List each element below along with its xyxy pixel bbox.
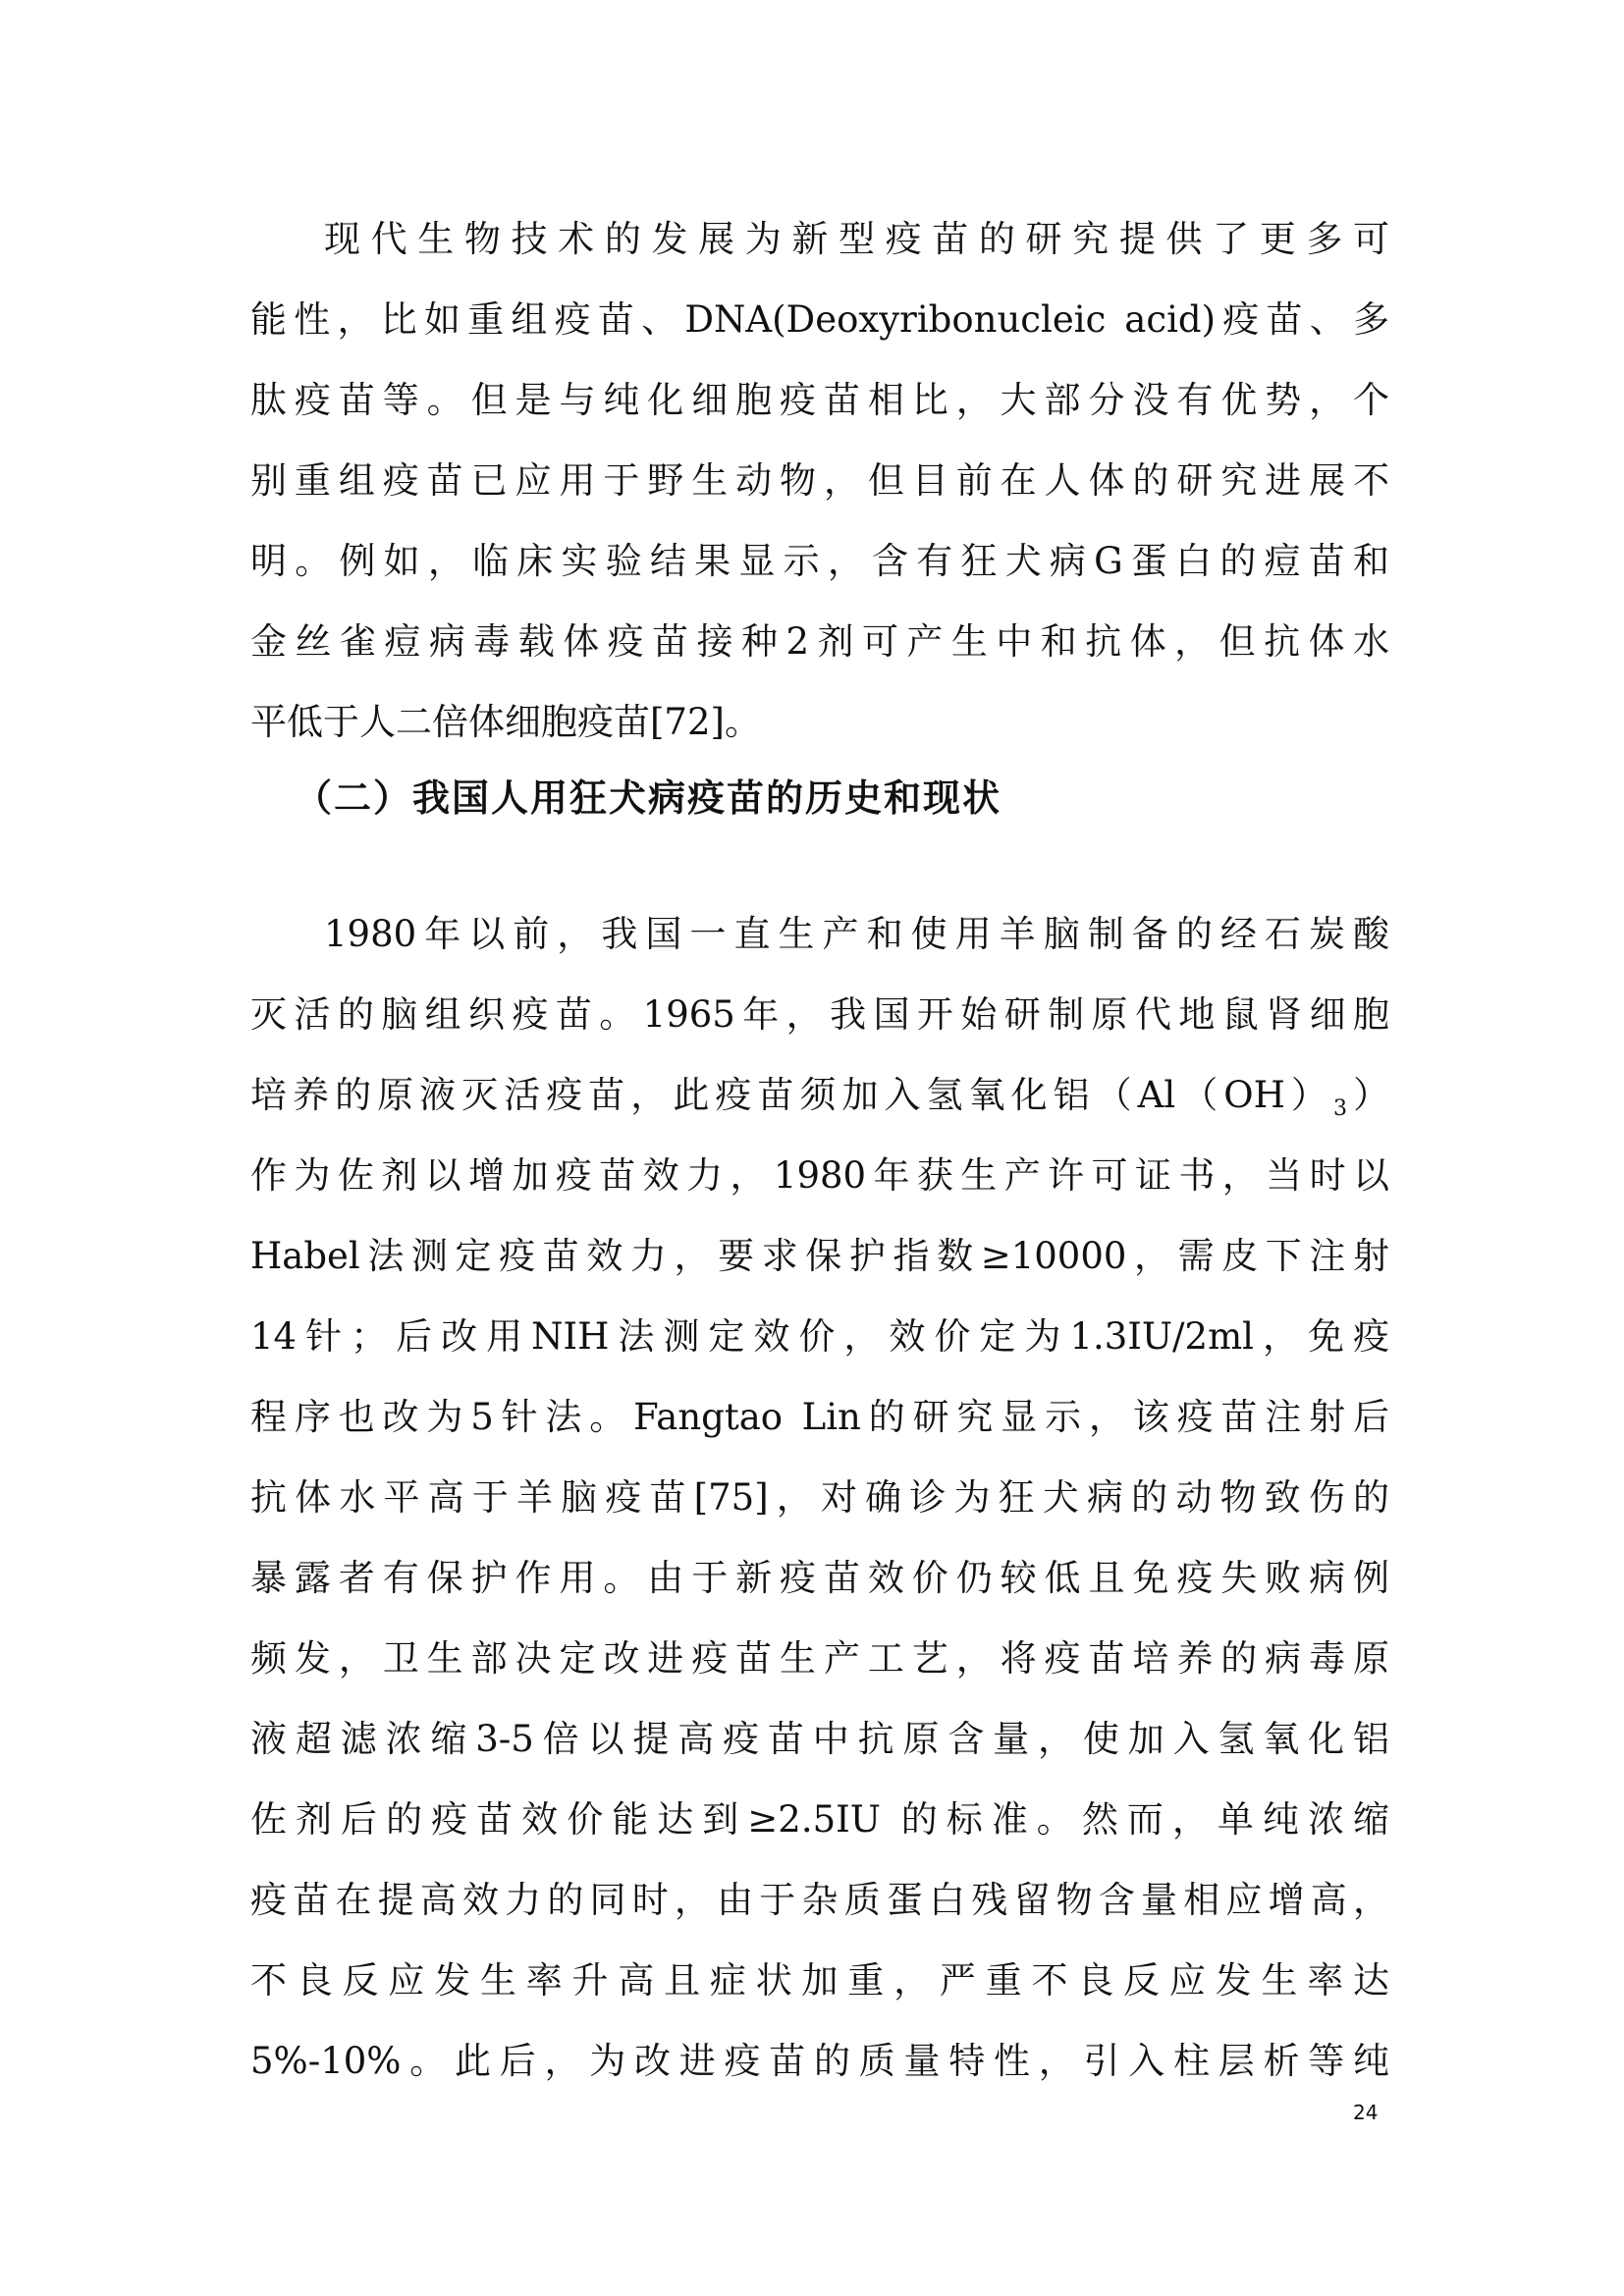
paragraph-1-line-6: 金丝雀痘病毒载体疫苗接种2剂可产生中和抗体，但抗体水	[250, 620, 1389, 664]
section-heading: （二）我国人用狂犬病疫苗的历史和现状	[295, 775, 1001, 821]
paragraph-2-line-7: 程序也改为5针法。Fangtao Lin的研究显示，该疫苗注射后	[250, 1396, 1389, 1439]
paragraph-1-line-7: 平低于人二倍体细胞疫苗[72]。	[250, 701, 1389, 744]
paragraph-1-line-5: 明。例如，临床实验结果显示，含有狂犬病G蛋白的痘苗和	[250, 540, 1389, 583]
paragraph-2-line-3-text: 培养的原液灭活疫苗，此疫苗须加入氢氧化铝（Al（OH）	[250, 1074, 1333, 1116]
paragraph-2-line-12: 佐剂后的疫苗效价能达到≥2.5IU 的标准。然而，单纯浓缩	[250, 1798, 1389, 1842]
paragraph-2-line-2: 灭活的脑组织疫苗。1965年，我国开始研制原代地鼠肾细胞	[250, 993, 1389, 1037]
paragraph-2-line-4: 作为佐剂以增加疫苗效力，1980年获生产许可证书，当时以	[250, 1154, 1389, 1198]
subscript-3: 3	[1333, 1096, 1347, 1121]
paragraph-2-line-13: 疫苗在提高效力的同时，由于杂质蛋白残留物含量相应增高，	[250, 1879, 1389, 1922]
paragraph-2-line-14: 不良反应发生率升高且症状加重，严重不良反应发生率达	[250, 1959, 1389, 2002]
paragraph-2-line-8: 抗体水平高于羊脑疫苗[75]，对确诊为狂犬病的动物致伤的	[250, 1476, 1389, 1520]
paragraph-2-line-11: 液超滤浓缩3-5倍以提高疫苗中抗原含量，使加入氢氧化铝	[250, 1718, 1389, 1761]
document-page: 现代生物技术的发展为新型疫苗的研究提供了更多可 能性，比如重组疫苗、DNA(De…	[0, 0, 1624, 2296]
paragraph-2-line-1: 1980年以前，我国一直生产和使用羊脑制备的经石炭酸	[324, 913, 1389, 956]
paragraph-1-line-3: 肽疫苗等。但是与纯化细胞疫苗相比，大部分没有优势，个	[250, 379, 1389, 422]
paragraph-2-line-6: 14针；后改用NIH法测定效价，效价定为1.3IU/2ml，免疫	[250, 1315, 1389, 1359]
paragraph-2-line-5: Habel法测定疫苗效力，要求保护指数≥10000，需皮下注射	[250, 1235, 1389, 1278]
paragraph-1-line-4: 别重组疫苗已应用于野生动物，但目前在人体的研究进展不	[250, 459, 1389, 503]
paragraph-2-line-10: 频发，卫生部决定改进疫苗生产工艺，将疫苗培养的病毒原	[250, 1637, 1389, 1681]
closing-paren: ）	[1347, 1074, 1389, 1116]
paragraph-2-line-3: 培养的原液灭活疫苗，此疫苗须加入氢氧化铝（Al（OH）3）	[250, 1074, 1389, 1117]
paragraph-2-line-9: 暴露者有保护作用。由于新疫苗效价仍较低且免疫失败病例	[250, 1557, 1389, 1600]
paragraph-1-line-2: 能性，比如重组疫苗、DNA(Deoxyribonucleic acid)疫苗、多	[250, 298, 1389, 342]
paragraph-2-line-15: 5%-10%。此后，为改进疫苗的质量特性，引入柱层析等纯	[250, 2040, 1389, 2083]
page-number: 24	[1353, 2101, 1378, 2124]
paragraph-1-line-1: 现代生物技术的发展为新型疫苗的研究提供了更多可	[324, 218, 1389, 261]
